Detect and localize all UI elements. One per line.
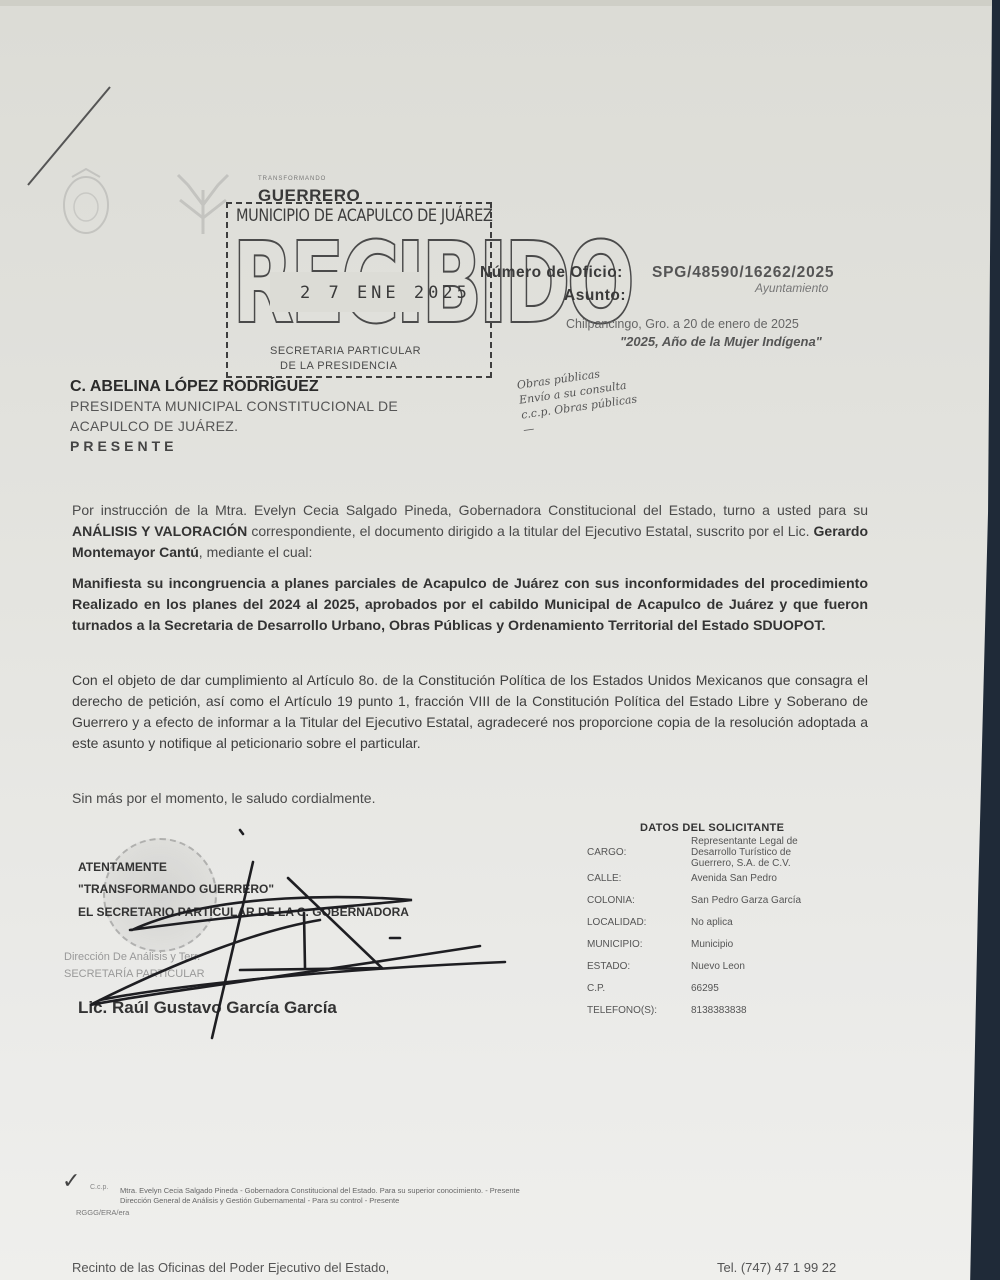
solicitante-key: C.P. <box>587 983 691 994</box>
paragraph-instruction: Por instrucción de la Mtra. Evelyn Cecia… <box>72 500 868 563</box>
solicitante-key: MUNICIPIO: <box>587 939 691 950</box>
solicitante-row: ESTADO:Nuevo Leon <box>587 961 847 972</box>
solicitante-value: Municipio <box>691 939 847 950</box>
letterhead-tag: TRANSFORMANDO <box>258 176 326 182</box>
handwritten-signature <box>60 820 520 1050</box>
stamp-date: 2 7 ENE 2025 <box>300 283 471 303</box>
solicitante-row: TELEFONO(S):8138383838 <box>587 1005 847 1016</box>
oficio-label: Número de Oficio: <box>480 264 623 282</box>
document-page: TRANSFORMANDO GUERRERO MUNICIPIO DE ACAP… <box>0 0 992 1280</box>
solicitante-row: CALLE:Avenida San Pedro <box>587 873 847 884</box>
solicitante-key: TELEFONO(S): <box>587 1005 691 1016</box>
solicitante-table: CARGO:Representante Legal de Desarrollo … <box>587 836 847 1016</box>
asunto-label: Asunto: <box>564 287 626 305</box>
paragraph-legal-basis: Con el objeto de dar cumplimiento al Art… <box>72 670 868 754</box>
handwritten-note: Obras públicas Envío a su consulta c.c.p… <box>516 350 722 437</box>
solicitante-value: 66295 <box>691 983 847 994</box>
solicitante-key: LOCALIDAD: <box>587 917 691 928</box>
stamp-office-line1: SECRETARIA PARTICULAR <box>270 345 421 357</box>
analysis-emphasis: ANÁLISIS Y VALORACIÓN <box>72 523 247 539</box>
solicitante-title: DATOS DEL SOLICITANTE <box>640 822 784 834</box>
solicitante-row: C.P.66295 <box>587 983 847 994</box>
solicitante-key: COLONIA: <box>587 895 691 906</box>
solicitante-key: ESTADO: <box>587 961 691 972</box>
place-date: Chilpancingo, Gro. a 20 de enero de 2025 <box>566 317 799 331</box>
reference-initials: RGGG/ERA/era <box>76 1208 129 1217</box>
solicitante-row: CARGO:Representante Legal de Desarrollo … <box>587 836 847 869</box>
solicitante-value: Representante Legal de Desarrollo Turíst… <box>691 836 847 869</box>
solicitante-value: Nuevo Leon <box>691 961 847 972</box>
footer-address: Recinto de las Oficinas del Poder Ejecut… <box>72 1260 389 1275</box>
solicitante-row: COLONIA:San Pedro Garza García <box>587 895 847 906</box>
solicitante-value: 8138383838 <box>691 1005 847 1016</box>
presente-label: PRESENTE <box>70 438 177 454</box>
solicitante-key: CARGO: <box>587 836 691 869</box>
page-top-edge <box>0 0 1000 6</box>
addressee-name: C. ABELINA LÓPEZ RODRÍGUEZ <box>70 378 319 396</box>
cc-label: C.c.p. <box>90 1184 108 1191</box>
paragraph-closing: Sin más por el momento, le saludo cordia… <box>72 788 868 809</box>
footer-phone: Tel. (747) 47 1 99 22 <box>717 1260 836 1275</box>
year-motto: "2025, Año de la Mujer Indígena" <box>620 334 822 349</box>
addressee-role-line1: PRESIDENTA MUNICIPAL CONSTITUCIONAL DE <box>70 398 398 414</box>
check-mark-icon: ✓ <box>62 1168 80 1194</box>
solicitante-row: LOCALIDAD:No aplica <box>587 917 847 928</box>
solicitante-row: MUNICIPIO:Municipio <box>587 939 847 950</box>
cc-line2: Dirección General de Análisis y Gestión … <box>120 1196 399 1205</box>
addressee-role-line2: ACAPULCO DE JUÁREZ. <box>70 418 238 434</box>
stamp-office-line2: DE LA PRESIDENCIA <box>280 360 397 372</box>
asunto-value: Ayuntamiento <box>755 281 828 295</box>
solicitante-value: No aplica <box>691 917 847 928</box>
oficio-number: SPG/48590/16262/2025 <box>652 264 834 282</box>
state-crest-logo <box>60 165 112 237</box>
cc-line1: Mtra. Evelyn Cecia Salgado Pineda - Gobe… <box>120 1186 520 1195</box>
paragraph-subject: Manifiesta su incongruencia a planes par… <box>72 574 868 637</box>
solicitante-value: Avenida San Pedro <box>691 873 847 884</box>
solicitante-value: San Pedro Garza García <box>691 895 847 906</box>
solicitante-key: CALLE: <box>587 873 691 884</box>
